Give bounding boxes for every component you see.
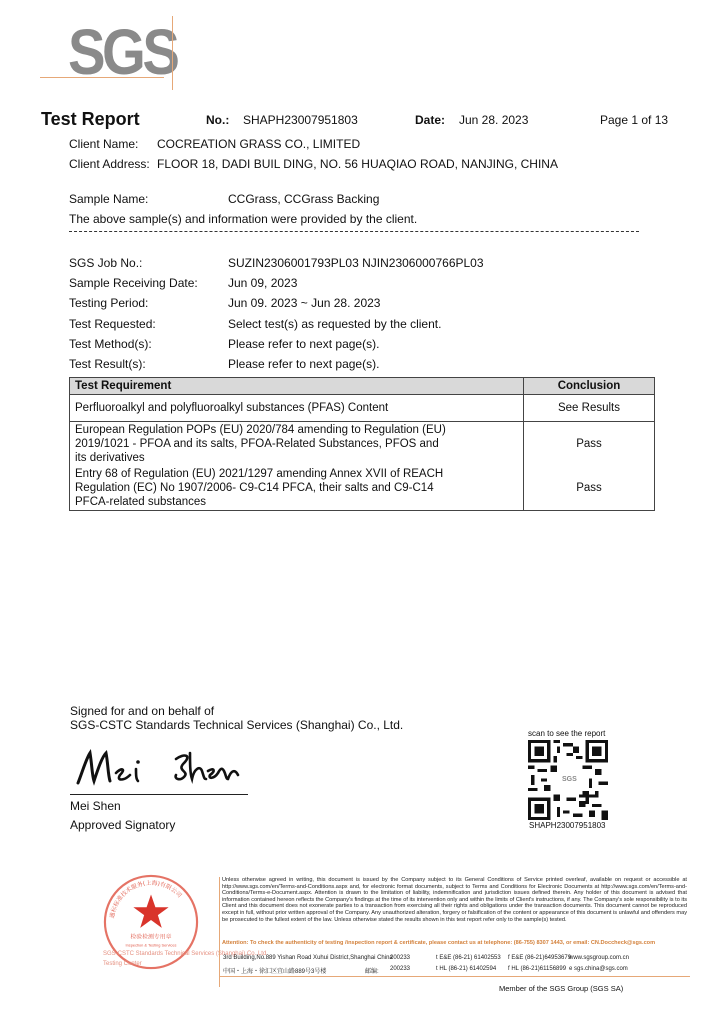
signatory-name: Mei Shen [70, 799, 121, 813]
receiving-date: Jun 09, 2023 [228, 276, 297, 290]
detail-label: SGS Job No.: [69, 256, 142, 270]
detail-label: Test Requested: [69, 317, 156, 331]
test-requirement-table: Test Requirement Conclusion Perfluoroalk… [69, 377, 655, 511]
table-header-row: Test Requirement Conclusion [70, 378, 655, 395]
detail-label: Sample Receiving Date: [69, 276, 198, 290]
sample-name: CCGrass, CCGrass Backing [228, 192, 379, 206]
dashed-divider [69, 231, 639, 232]
detail-label: Test Method(s): [69, 337, 152, 351]
sample-name-label: Sample Name: [69, 192, 148, 206]
handwritten-signature [72, 745, 247, 790]
conclusion-cell: Pass [524, 422, 655, 467]
footer-address-zh: 中国・上海・徐汇区宜山路889号3号楼 [223, 966, 326, 975]
report-number: SHAPH23007951803 [243, 113, 358, 127]
table-row: Entry 68 of Regulation (EU) 2021/1297 am… [70, 466, 655, 511]
table-row: Perfluoroalkyl and polyfluoroalkyl subst… [70, 395, 655, 422]
sgs-logo: SGS [68, 20, 176, 84]
signed-on-behalf: Signed for and on behalf of [70, 704, 214, 718]
test-methods: Please refer to next page(s). [228, 337, 379, 351]
logo-rule-vertical [172, 16, 173, 90]
footer-disclaimer: Unless otherwise agreed in writing, this… [222, 877, 687, 923]
job-number: SUZIN2306001793PL03 NJIN2306000766PL03 [228, 256, 484, 270]
detail-label: Test Result(s): [69, 357, 146, 371]
report-title: Test Report [41, 109, 140, 130]
report-number-label: No.: [206, 113, 229, 127]
testing-period: Jun 09. 2023 ~ Jun 28. 2023 [228, 296, 380, 310]
footer-postcode-label-zh: 邮编: [365, 966, 379, 975]
report-date: Jun 28. 2023 [459, 113, 528, 127]
requirement-cell: Perfluoroalkyl and polyfluoroalkyl subst… [70, 395, 524, 422]
page-indicator: Page 1 of 13 [600, 113, 668, 127]
footer-rule-vertical [219, 877, 220, 987]
sgs-member-note: Member of the SGS Group (SGS SA) [499, 984, 623, 993]
footer-tel-hl: t HL (86-21) 61402594 [436, 966, 496, 972]
stamp-middle-text: 检验检测专用章 [130, 933, 171, 941]
sample-note: The above sample(s) and information were… [69, 212, 417, 226]
signatory-title: Approved Signatory [70, 818, 175, 832]
logo-rule-horizontal [40, 77, 164, 78]
test-requested: Select test(s) as requested by the clien… [228, 317, 441, 331]
test-results: Please refer to next page(s). [228, 357, 379, 371]
column-header-conclusion: Conclusion [524, 378, 655, 395]
qr-caption: scan to see the report [528, 729, 605, 738]
stamp-bottom-text: Inspection & Testing Services [126, 943, 177, 948]
stamp-testing-center: Testing Center [103, 961, 142, 967]
footer-postcode-zh: 200233 [390, 966, 410, 972]
footer-email[interactable]: e sgs.china@sgs.com [569, 966, 628, 972]
footer-postcode: 200233 [390, 955, 410, 961]
detail-label: Testing Period: [69, 296, 148, 310]
footer-address-en: 3rd Building,No.889 Yishan Road Xuhui Di… [223, 955, 393, 961]
client-address: FLOOR 18, DADI BUIL DING, NO. 56 HUAQIAO… [157, 157, 558, 171]
footer-tel-ee: t E&E (86-21) 61402553 [436, 955, 501, 961]
conclusion-cell: Pass [524, 466, 655, 511]
qr-center-label: SGS [562, 776, 577, 783]
footer-website[interactable]: www.sgsgroup.com.cn [569, 955, 629, 961]
footer-rule-horizontal [219, 976, 690, 977]
qr-report-id: SHAPH23007951803 [529, 821, 606, 830]
footer-fax-ee: f E&E (86-21)64953679 [508, 955, 571, 961]
requirement-cell: Entry 68 of Regulation (EU) 2021/1297 am… [70, 466, 524, 511]
requirement-cell: European Regulation POPs (EU) 2020/784 a… [70, 422, 524, 467]
client-name: COCREATION GRASS CO., LIMITED [157, 137, 360, 151]
footer-attention: Attention: To check the authenticity of … [222, 940, 687, 947]
table-row: European Regulation POPs (EU) 2020/784 a… [70, 422, 655, 467]
conclusion-cell: See Results [524, 395, 655, 422]
footer-fax-hl: f HL (86-21)61156899 [508, 966, 566, 972]
client-name-label: Client Name: [69, 137, 138, 151]
client-address-label: Client Address: [69, 157, 150, 171]
report-date-label: Date: [415, 113, 445, 127]
column-header-requirement: Test Requirement [70, 378, 524, 395]
company-name: SGS-CSTC Standards Technical Services (S… [70, 718, 403, 732]
signature-line [70, 794, 248, 795]
